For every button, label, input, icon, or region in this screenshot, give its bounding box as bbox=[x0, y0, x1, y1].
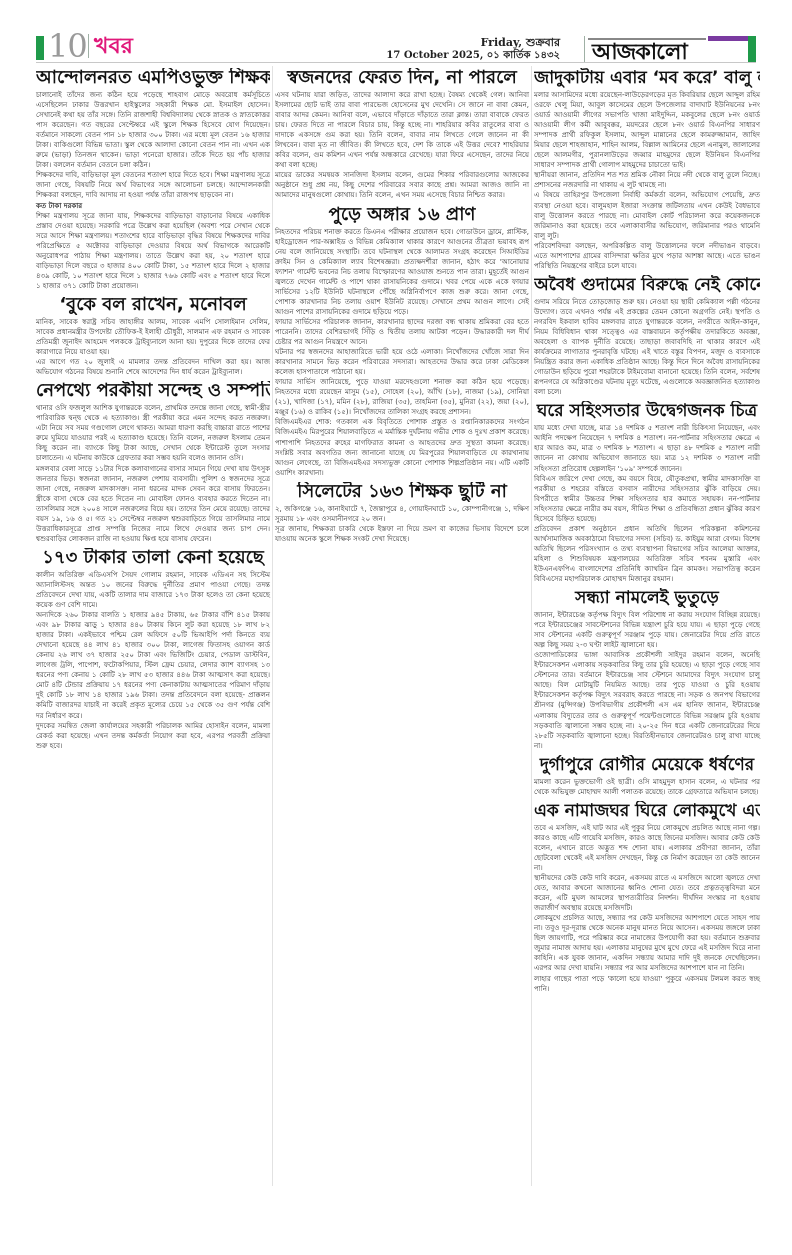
newspaper-masthead: আজকালো bbox=[588, 36, 748, 60]
story: এক নামাজঘর ঘিরে লোকমুখে এত তবে এ মসজিদ, … bbox=[534, 801, 760, 994]
story: নেপথ্যে পরকীয়া সন্দেহ ও সম্পত্তির থানার… bbox=[36, 381, 270, 544]
paragraph: বিজিএমইএর শোক: গতকাল এক বিবৃতিতে পোশাক প… bbox=[275, 417, 529, 477]
story: সিলেটের ১৬৩ শিক্ষক ছুটি না ২, জকিগঞ্জে ১… bbox=[275, 482, 529, 544]
story: ১৭৩ টাকার তালা কেনা হয়েছে কালীন অতিরিক্… bbox=[36, 548, 270, 751]
section-name: খবর bbox=[94, 34, 133, 60]
article-body: চালানোই তাঁদের জন্য কঠিন হয়ে পড়েছে শাহ… bbox=[36, 90, 270, 291]
story: অবৈধ গুদামের বিরুদ্ধে নেই কোনো গুদাম সরি… bbox=[534, 275, 760, 397]
paragraph: দুদকের সমন্বিত জেলা কার্যালয়ের সহকারী প… bbox=[36, 721, 270, 751]
article-body: মলার আসামিদের মধ্যে রয়েছেন-লাউড়েরগড়ের… bbox=[534, 90, 760, 271]
paragraph: মঙ্গলবার বেলা সাড়ে ১১টার দিকে কলাবাগানে… bbox=[36, 464, 270, 544]
article-body: যায় মধ্যে দেখা যাচ্ছে, মাত্র ১৪ দশমিক ৫… bbox=[534, 423, 760, 584]
date-day: Friday, শুক্রবার bbox=[386, 36, 560, 49]
paragraph: শিক্ষকদের দাবি, বাড়িভাড়া মূল বেতনের শত… bbox=[36, 170, 270, 200]
headline: অবৈধ গুদামের বিরুদ্ধে নেই কোনো bbox=[534, 275, 760, 295]
headline: ঘরে সহিংসতার উদ্বেগজনক চিত্র bbox=[534, 401, 760, 421]
column-1: আন্দোলনরত এমপিওভুক্ত শিক্ষকদের চালানোই ত… bbox=[36, 66, 270, 755]
green-accent-bar bbox=[36, 36, 44, 60]
paragraph: কালীন অতিরিক্ত এডিএসপি সৈয়দ গোলাম রহমান… bbox=[36, 570, 270, 610]
paragraph: বিবিএস জরিপে দেখা গেছে, কম বয়সে বিয়ে, … bbox=[534, 474, 760, 524]
headline: সিলেটের ১৬৩ শিক্ষক ছুটি না bbox=[275, 482, 529, 502]
date-full: 17 October 2025, ০১ কার্তিক ১৪৩২ bbox=[386, 50, 560, 62]
date-block: Friday, শুক্রবার 17 October 2025, ০১ কার… bbox=[386, 36, 560, 62]
paragraph: স্থানীয়দের কেউ কেউ দাবি করেন, একসময় রা… bbox=[534, 873, 760, 913]
paragraph: জানান, ইন্টারচেঞ্জ কর্তৃপক্ষ বিদ্যুৎ বিল… bbox=[534, 610, 760, 650]
headline: সন্ধ্যা নামলেই ভুতুড়ে bbox=[534, 588, 760, 608]
article-body: গুদাম সরিয়ে নিতে তোড়জোড় শুরু হয়। নেও… bbox=[534, 297, 760, 397]
paragraph: শিক্ষা মন্ত্রণালয় সূত্রে জানা যায়, শিক… bbox=[36, 211, 270, 291]
column-2: স্বজনদের ফেরত দিন, না পারলে এসব ঘটনায় য… bbox=[275, 66, 529, 548]
headline: ১৭৩ টাকার তালা কেনা হয়েছে bbox=[36, 548, 270, 568]
paragraph: ফায়ার সার্ভিস জানিয়েছে, পুড়ে যাওয়া ম… bbox=[275, 377, 529, 417]
paragraph: মলার আসামিদের মধ্যে রয়েছেন-লাউড়েরগড়ের… bbox=[534, 90, 760, 170]
paragraph: ফায়ার সার্ভিসের পরিচালক জানান, কারখানার… bbox=[275, 317, 529, 347]
headline: আন্দোলনরত এমপিওভুক্ত শিক্ষকদের bbox=[36, 68, 270, 88]
headline: স্বজনদের ফেরত দিন, না পারলে bbox=[275, 68, 529, 88]
article-body: থানার ওসি ফজলুল আশিক যুগান্তরকে বলেন, প্… bbox=[36, 403, 270, 544]
story: ‘বুকে বল রাখেন, মনোবল মানিক, সাবেক স্বরা… bbox=[36, 295, 270, 377]
article-body: ২, জকিগঞ্জে ১৬, কানাইঘাটে ৭, জৈন্তাপুরে … bbox=[275, 504, 529, 544]
header-divider bbox=[88, 34, 89, 58]
headline: পুড়ে অঙ্গার ১৬ প্রাণ bbox=[275, 205, 529, 225]
story: সন্ধ্যা নামলেই ভুতুড়ে জানান, ইন্টারচেঞ্… bbox=[534, 588, 760, 751]
paragraph: থানার ওসি ফজলুল আশিক যুগান্তরকে বলেন, প্… bbox=[36, 403, 270, 463]
paragraph: মায়ের ডাকের সমন্বয়ক সানজিদা ইসলাম বলেন… bbox=[275, 170, 529, 200]
paragraph: চালানোই তাঁদের জন্য কঠিন হয়ে পড়েছে শাহ… bbox=[36, 90, 270, 170]
column-3: জাদুকাটায় এবার ‘মব করে’ বালু লুট মলার আ… bbox=[534, 66, 760, 998]
story: আন্দোলনরত এমপিওভুক্ত শিক্ষকদের চালানোই ত… bbox=[36, 68, 270, 291]
masthead-divider bbox=[584, 36, 585, 62]
paragraph: ওজোপাডিকোর ভাঙ্গা আবাসিক প্রকৌশলী সাইদুর… bbox=[534, 650, 760, 750]
paragraph: পরিবেশবিদরা বলছেন, অপরিকল্পিত বালু উত্তো… bbox=[534, 241, 760, 271]
column-rule bbox=[531, 66, 532, 1186]
article-body: নিহতদের পরিচয় শনাক্ত করতে ডিএনএ পরীক্ষা… bbox=[275, 227, 529, 478]
article-body: এসব ঘটনায় যারা জড়িত, তাদের আলাদা করে র… bbox=[275, 90, 529, 201]
headline: ‘বুকে বল রাখেন, মনোবল bbox=[36, 295, 270, 315]
page-header: 10 খবর Friday, শুক্রবার 17 October 2025,… bbox=[0, 0, 792, 62]
paragraph: গুদাম সরিয়ে নিতে তোড়জোড় শুরু হয়। নেও… bbox=[534, 297, 760, 397]
masthead-logo: আজকালো bbox=[592, 42, 687, 64]
headline: দুর্গাপুরে রোগীর মেয়েকে ধর্ষণের bbox=[534, 755, 760, 775]
paragraph: এ বিষয়ে তাহিরপুর উপজেলা নির্বাহী কর্মকর… bbox=[534, 190, 760, 240]
article-body: তবে এ মসজিদ, এই ঘাট আর এই পুকুর নিয়ে লো… bbox=[534, 823, 760, 994]
column-rule bbox=[272, 66, 273, 1186]
paragraph: তবে এ মসজিদ, এই ঘাট আর এই পুকুর নিয়ে লো… bbox=[534, 823, 760, 873]
page-number: 10 bbox=[48, 30, 87, 62]
header-rule bbox=[36, 62, 756, 63]
paragraph: এর আগে গত ২০ জুলাই এ মামলার তদন্ত প্রতিব… bbox=[36, 357, 270, 377]
green-accent-bar-right bbox=[748, 36, 756, 62]
paragraph: নিহতদের পরিচয় শনাক্ত করতে ডিএনএ পরীক্ষা… bbox=[275, 227, 529, 317]
paragraph: ২, জকিগঞ্জে ১৬, কানাইঘাটে ৭, জৈন্তাপুরে … bbox=[275, 504, 529, 524]
paragraph: লাহার গাছের পাতা পড়ে 'কালো হয়ে যাওয়া'… bbox=[534, 974, 760, 994]
masthead-tag bbox=[708, 36, 748, 41]
paragraph: এসব ঘটনায় যারা জড়িত, তাদের আলাদা করে র… bbox=[275, 90, 529, 170]
article-body: জানান, ইন্টারচেঞ্জ কর্তৃপক্ষ বিদ্যুৎ বিল… bbox=[534, 610, 760, 751]
paragraph: লোকমুখে প্রচলিত আছে, সন্ধ্যার পর কেউ মসজ… bbox=[534, 913, 760, 973]
paragraph: যায় মধ্যে দেখা যাচ্ছে, মাত্র ১৪ দশমিক ৫… bbox=[534, 423, 760, 473]
story: জাদুকাটায় এবার ‘মব করে’ বালু লুট মলার আ… bbox=[534, 68, 760, 271]
article-body: মানিক, সাবেক স্বরাষ্ট্র সচিব জাহাঙ্গীর আ… bbox=[36, 317, 270, 377]
headline: নেপথ্যে পরকীয়া সন্দেহ ও সম্পত্তির bbox=[36, 381, 270, 401]
story: পুড়ে অঙ্গার ১৬ প্রাণ নিহতদের পরিচয় শনা… bbox=[275, 205, 529, 478]
story: দুর্গাপুরে রোগীর মেয়েকে ধর্ষণের মামলা ক… bbox=[534, 755, 760, 797]
paragraph: মানিক, সাবেক স্বরাষ্ট্র সচিব জাহাঙ্গীর আ… bbox=[36, 317, 270, 357]
headline: জাদুকাটায় এবার ‘মব করে’ বালু লুট bbox=[534, 68, 760, 88]
paragraph: অন্যদিকে ২৬০ টাকার বালতি ১ হাজার ৯৪৫ টাক… bbox=[36, 610, 270, 721]
paragraph: সূত্র জানায়, শিক্ষকরা চাকরি থেকে ইস্তফা… bbox=[275, 524, 529, 544]
paragraph: ঘটনার পর স্বজনদের আহাজারিতে ভারী হয়ে ওঠ… bbox=[275, 347, 529, 377]
story: স্বজনদের ফেরত দিন, না পারলে এসব ঘটনায় য… bbox=[275, 68, 529, 201]
subheading: কত টাকা দরকার bbox=[36, 201, 270, 211]
article-body: মামলা করেন ভুক্তভোগী ওই ছাত্রী। ওসি মাহম… bbox=[534, 777, 760, 797]
article-body: কালীন অতিরিক্ত এডিএসপি সৈয়দ গোলাম রহমান… bbox=[36, 570, 270, 751]
paragraph: স্থানীয়রা জানান, প্রতিদিন শত শত শ্রমিক … bbox=[534, 170, 760, 190]
paragraph: প্রতিবেদন প্রকাশ অনুষ্ঠানে প্রধান অতিথি … bbox=[534, 524, 760, 584]
headline: এক নামাজঘর ঘিরে লোকমুখে এত bbox=[534, 801, 760, 821]
story: ঘরে সহিংসতার উদ্বেগজনক চিত্র যায় মধ্যে … bbox=[534, 401, 760, 584]
paragraph: মামলা করেন ভুক্তভোগী ওই ছাত্রী। ওসি মাহম… bbox=[534, 777, 760, 797]
